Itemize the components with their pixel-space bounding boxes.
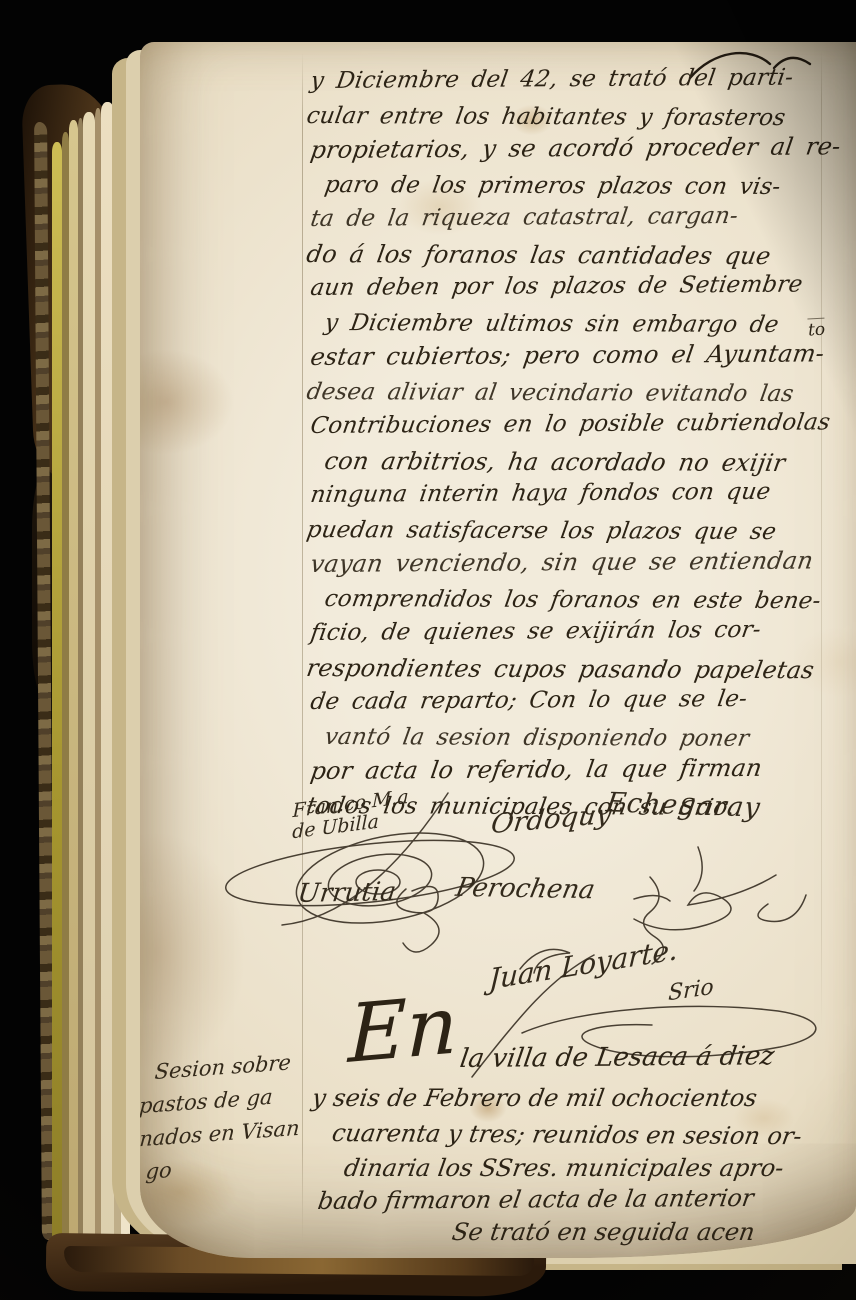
minutes-body-text: y Diciembre del 42, se trató del parti- …: [308, 64, 856, 823]
manuscript-line: ficio, de quienes se exijirán los cor-: [308, 612, 856, 650]
illuminated-initial: En: [348, 985, 459, 1075]
photo-stage: y Diciembre del 42, se trató del parti- …: [0, 0, 856, 1300]
closing-line: Se trató en seguida acen: [450, 1218, 757, 1246]
manuscript-line: ninguna interin haya fondos con que: [308, 474, 856, 512]
page-edge: [62, 132, 69, 1250]
margin-note: Sesion sobre pastos de ga nados en Visan…: [142, 1044, 341, 1189]
manuscript-line: propietarios, y se acordó proceder al re…: [308, 129, 856, 167]
gilt-page-edge: [52, 142, 62, 1246]
manuscript-line: y Diciembre del 42, se trató del parti-: [308, 60, 856, 98]
manuscript-line: ta de la riqueza catastral, cargan-: [308, 198, 856, 236]
signature-perochena: Perochena: [453, 873, 597, 905]
closing-line: y seis de Febrero de mil ochocientos: [310, 1084, 759, 1112]
page-edge: [69, 120, 78, 1252]
manuscript-line: vayan venciendo, sin que se entiendan: [308, 543, 856, 581]
closing-line: la villa de Lesaca á diez: [458, 1041, 776, 1074]
manuscript-line: estar cubiertos; pero como el Ayuntam-: [308, 336, 856, 374]
closing-line: bado firmaron el acta de la anterior: [316, 1184, 756, 1215]
page-edge: [83, 112, 95, 1256]
signature-urrutia: Urrutia: [296, 877, 398, 909]
manuscript-page: y Diciembre del 42, se trató del parti- …: [140, 42, 856, 1258]
closing-line: cuarenta y tres; reunidos en sesion or-: [330, 1119, 804, 1150]
superscript-abbreviation: to: [807, 318, 825, 341]
manuscript-line: aun deben por los plazos de Setiembre: [308, 267, 856, 305]
signature-echegaray: Echegaray: [604, 787, 763, 823]
manuscript-line: Contribuciones en lo posible cubriendola…: [308, 405, 856, 443]
manuscript-line: de cada reparto; Con lo que se le-: [308, 681, 856, 719]
closing-line: dinaria los SSres. municipales apro-: [342, 1154, 786, 1182]
